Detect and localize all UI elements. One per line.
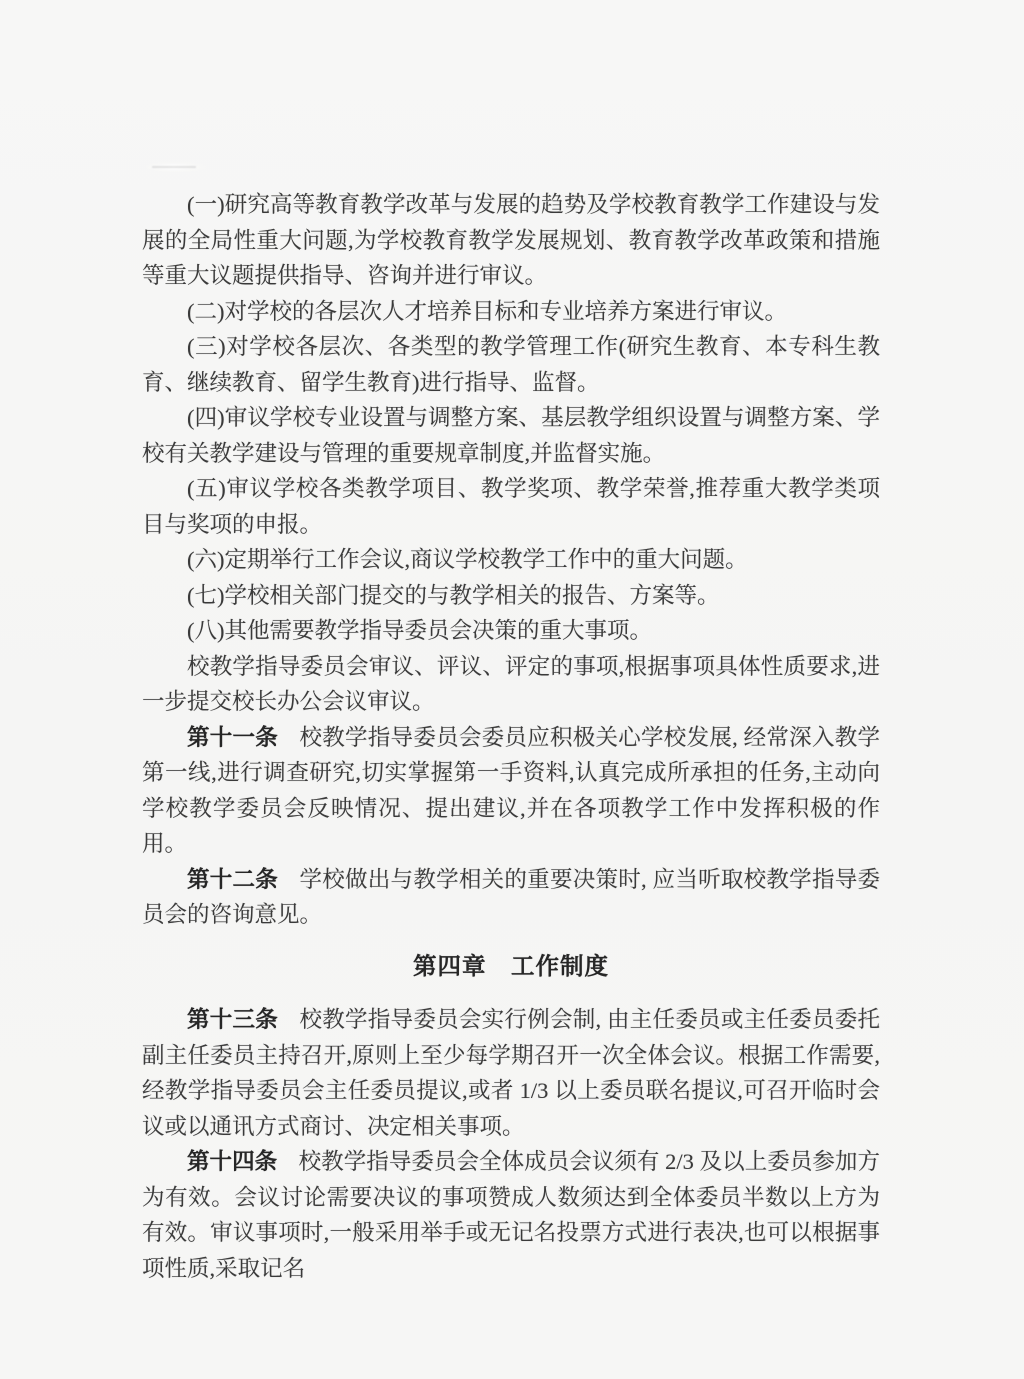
document-text-block: (一)研究高等教育教学改革与发展的趋势及学校教育教学工作建设与发展的全局性重大问… [142, 187, 880, 1286]
paragraph-item-4: (四)审议学校专业设置与调整方案、基层教学组织设置与调整方案、学校有关教学建设与… [142, 400, 880, 471]
paragraph-text: 校教学指导委员会审议、评议、评定的事项,根据事项具体性质要求,进一步提交校长办公… [142, 654, 880, 715]
article-number-bold: 第十一条 [187, 725, 278, 750]
paragraph-article-13: 第十三条校教学指导委员会实行例会制, 由主任委员或主任委员委托副主任委员主持召开… [142, 1002, 880, 1144]
scanned-document-page: (一)研究高等教育教学改革与发展的趋势及学校教育教学工作建设与发展的全局性重大问… [0, 0, 1024, 1379]
paragraph-text: (六)定期举行工作会议,商议学校教学工作中的重大问题。 [187, 547, 748, 572]
paragraph-item-6: (六)定期举行工作会议,商议学校教学工作中的重大问题。 [142, 542, 880, 578]
paragraph-text: (四)审议学校专业设置与调整方案、基层教学组织设置与调整方案、学校有关教学建设与… [142, 405, 880, 466]
paragraph-item-3: (三)对学校各层次、各类型的教学管理工作(研究生教育、本专科生教育、继续教育、留… [142, 329, 880, 400]
paragraph-item-2: (二)对学校的各层次人才培养目标和专业培养方案进行审议。 [142, 294, 880, 330]
paragraph-text: (七)学校相关部门提交的与教学相关的报告、方案等。 [187, 583, 720, 608]
paragraph-article-14: 第十四条校教学指导委员会全体成员会议须有 2/3 及以上委员参加方为有效。会议讨… [142, 1144, 880, 1286]
paragraph-item-1: (一)研究高等教育教学改革与发展的趋势及学校教育教学工作建设与发展的全局性重大问… [142, 187, 880, 294]
paragraph-text: (二)对学校的各层次人才培养目标和专业培养方案进行审议。 [187, 299, 787, 324]
paragraph-text: (三)对学校各层次、各类型的教学管理工作(研究生教育、本专科生教育、继续教育、留… [142, 334, 880, 395]
paragraph-item-7: (七)学校相关部门提交的与教学相关的报告、方案等。 [142, 578, 880, 614]
paragraph-article-12: 第十二条学校做出与教学相关的重要决策时, 应当听取校教学指导委员会的咨询意见。 [142, 862, 880, 933]
article-number-bold: 第十二条 [187, 867, 278, 892]
chapter-heading: 第四章 工作制度 [142, 949, 880, 985]
scan-smudge-artifact [146, 161, 208, 172]
paragraph-text: (八)其他需要教学指导委员会决策的重大事项。 [187, 618, 652, 643]
article-number-bold: 第十四条 [187, 1149, 277, 1174]
paragraph-article-11: 第十一条校教学指导委员会委员应积极关心学校发展, 经常深入教学第一线,进行调查研… [142, 720, 880, 862]
paragraph-text: (五)审议学校各类教学项目、教学奖项、教学荣誉,推荐重大教学类项目与奖项的申报。 [142, 476, 880, 537]
paragraph-text: (一)研究高等教育教学改革与发展的趋势及学校教育教学工作建设与发展的全局性重大问… [142, 192, 880, 288]
article-number-bold: 第十三条 [187, 1007, 278, 1032]
paragraph-item-5: (五)审议学校各类教学项目、教学奖项、教学荣誉,推荐重大教学类项目与奖项的申报。 [142, 471, 880, 542]
paragraph-item-9: 校教学指导委员会审议、评议、评定的事项,根据事项具体性质要求,进一步提交校长办公… [142, 649, 880, 720]
paragraph-item-8: (八)其他需要教学指导委员会决策的重大事项。 [142, 613, 880, 649]
